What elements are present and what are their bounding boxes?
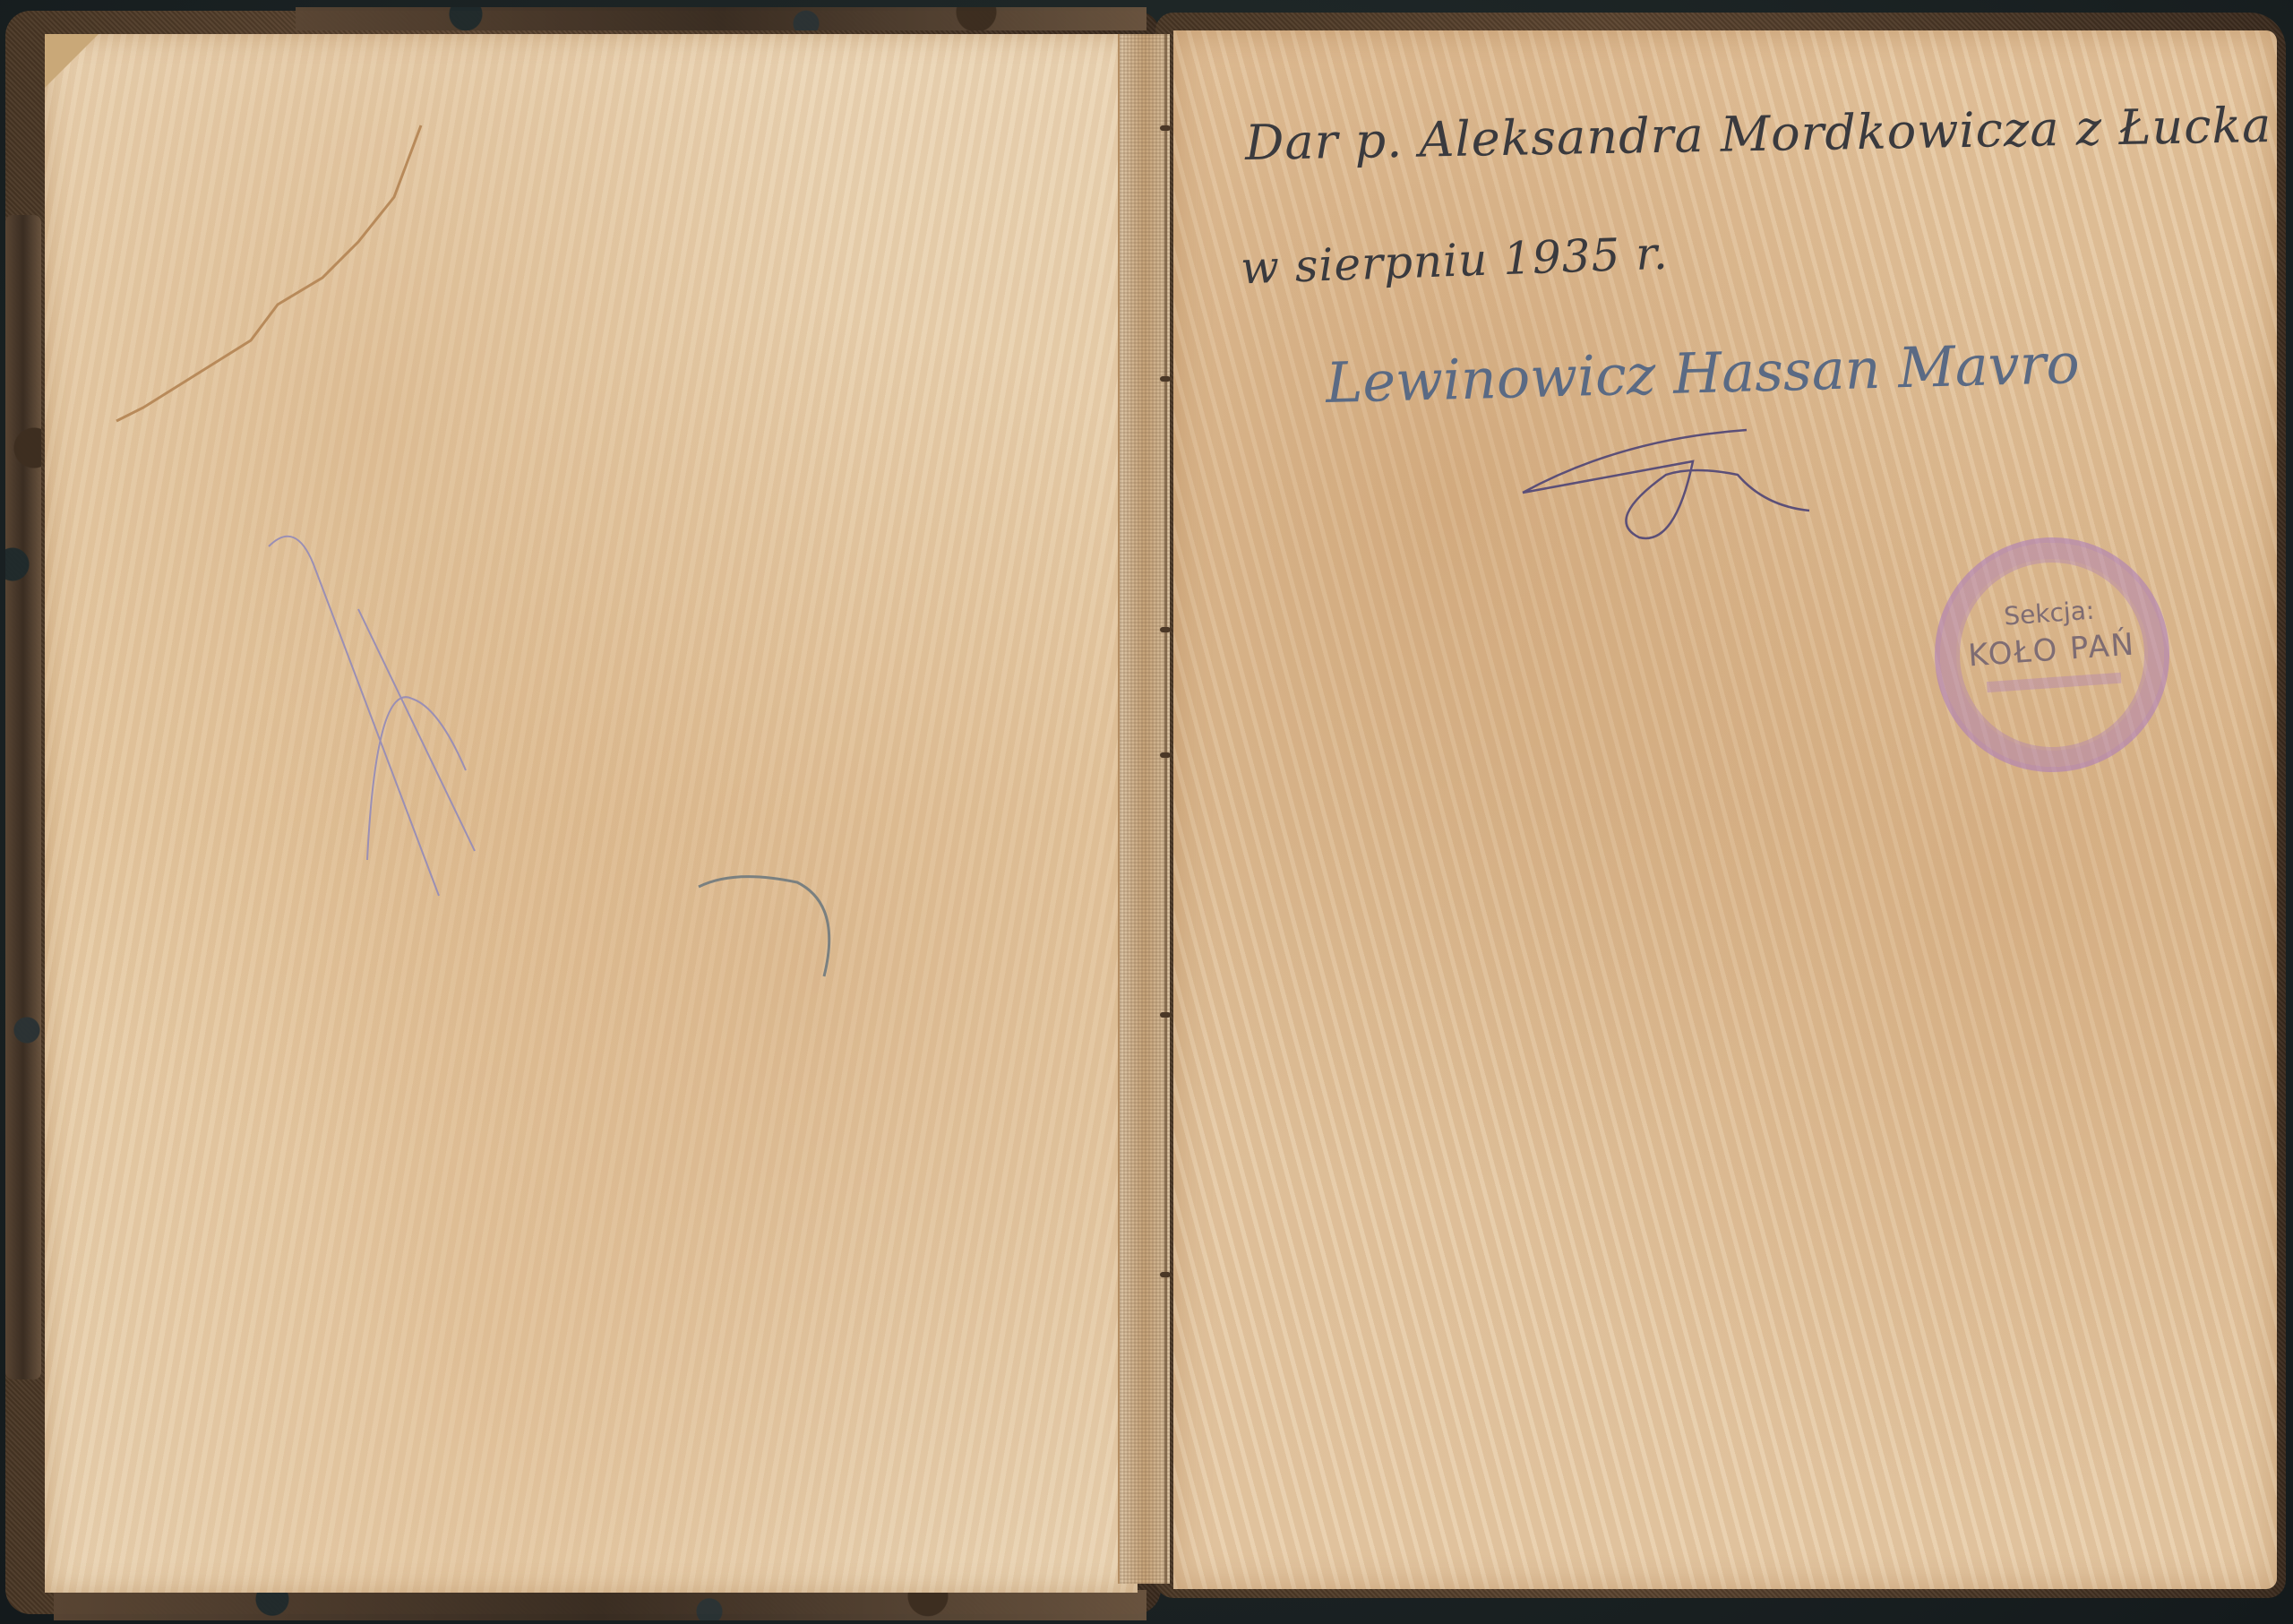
book-gutter xyxy=(1118,34,1170,1584)
stitch xyxy=(1160,125,1171,131)
pencil-arc xyxy=(681,869,860,994)
book-scan: Dar p. Aleksandra Mordkowicza z Łucka w … xyxy=(0,0,2293,1624)
marbled-cover-bottom xyxy=(54,1590,1146,1620)
signature-flourish xyxy=(1514,421,1908,546)
pencil-scribble xyxy=(260,520,511,914)
stamp-bar xyxy=(1987,673,2121,692)
marbled-cover-top xyxy=(296,7,1146,30)
stitch xyxy=(1160,1272,1171,1277)
stitch xyxy=(1160,376,1171,382)
marbled-cover-edge xyxy=(5,215,41,1379)
stitch xyxy=(1160,1012,1171,1018)
paper-crack xyxy=(54,54,430,430)
stitch xyxy=(1160,752,1171,758)
binding-thread xyxy=(1164,34,1167,1584)
stitch xyxy=(1160,627,1171,632)
